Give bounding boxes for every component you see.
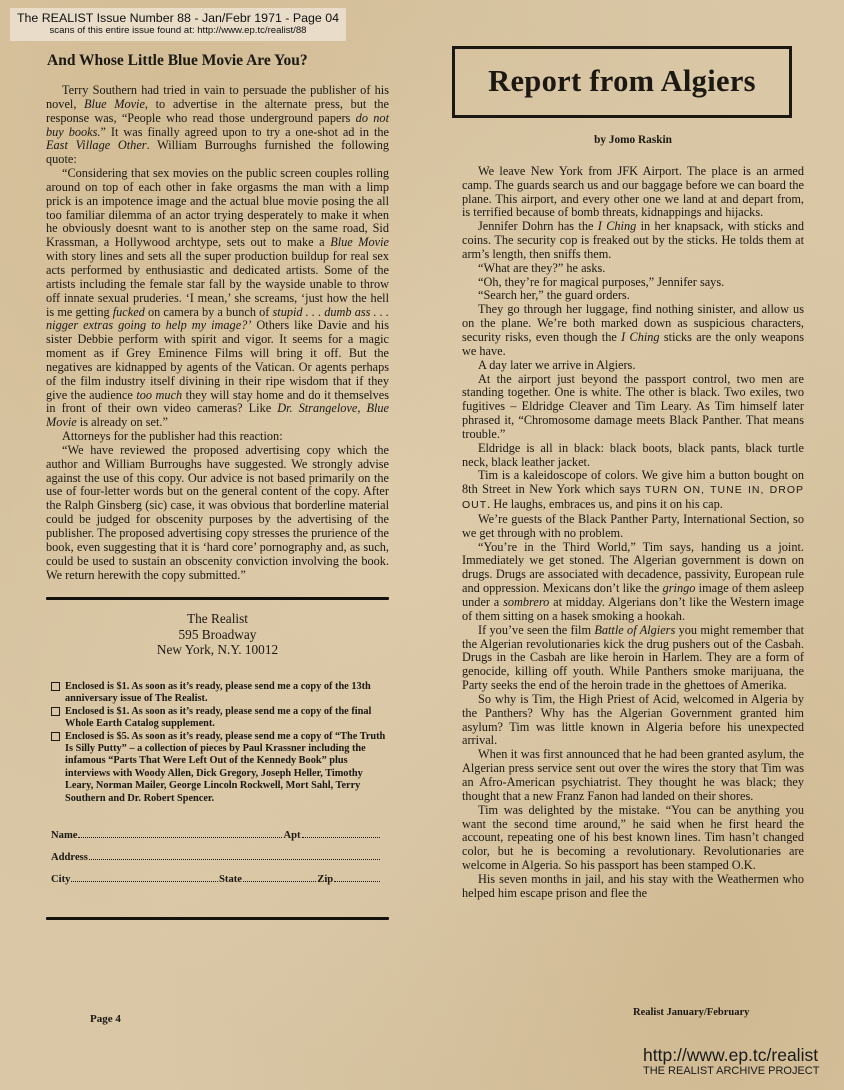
archive-name: THE REALIST ARCHIVE PROJECT — [643, 1065, 819, 1078]
right-paragraph: “Oh, they’re for magical purposes,” Jenn… — [462, 276, 804, 290]
left-paragraph: Terry Southern had tried in vain to pers… — [46, 84, 389, 167]
page-number: Page 4 — [90, 1013, 121, 1025]
order-option: Enclosed is $1. As soon as it’s ready, p… — [51, 706, 389, 731]
left-paragraph: “We have reviewed the proposed advertisi… — [46, 444, 389, 582]
right-paragraph: “Search her,” the guard orders. — [462, 289, 804, 303]
order-option: Enclosed is $1. As soon as it’s ready, p… — [51, 681, 389, 706]
right-paragraph: They go through her luggage, find nothin… — [462, 303, 804, 358]
order-options: Enclosed is $1. As soon as it’s ready, p… — [51, 681, 389, 805]
city-row: City State Zip — [51, 873, 381, 895]
name-label: Name — [51, 829, 77, 843]
apt-label: Apt — [283, 829, 300, 843]
right-paragraph: His seven months in jail, and his stay w… — [462, 873, 804, 901]
right-article-body: We leave New York from JFK Airport. The … — [462, 165, 804, 901]
mailing-address: The Realist 595 Broadway New York, N.Y. … — [46, 611, 389, 657]
order-checkbox[interactable] — [51, 732, 60, 741]
archive-watermark: http://www.ep.tc/realist THE REALIST ARC… — [643, 1045, 819, 1078]
issue-footer: Realist January/February — [633, 1007, 749, 1018]
name-field[interactable] — [78, 836, 282, 838]
section-divider — [46, 597, 389, 600]
right-paragraph: Tim was delighted by the mistake. “You c… — [462, 804, 804, 873]
byline: by Jomo Raskin — [462, 134, 804, 148]
right-paragraph: We’re guests of the Black Panther Party,… — [462, 513, 804, 541]
right-paragraph: If you’ve seen the film Battle of Algier… — [462, 624, 804, 693]
right-paragraph: We leave New York from JFK Airport. The … — [462, 165, 804, 220]
address-field[interactable] — [89, 858, 380, 860]
left-paragraph: “Considering that sex movies on the publ… — [46, 167, 389, 430]
zip-label: Zip — [317, 873, 333, 887]
headline-box: Report from Algiers — [452, 46, 792, 118]
right-paragraph: Jennifer Dohrn has the I Ching in her kn… — [462, 220, 804, 262]
banner-title: The REALIST Issue Number 88 - Jan/Febr 1… — [10, 8, 346, 25]
address-line: New York, N.Y. 10012 — [46, 642, 389, 657]
archive-banner: The REALIST Issue Number 88 - Jan/Febr 1… — [10, 8, 346, 41]
section-divider — [46, 917, 389, 920]
right-paragraph: So why is Tim, the High Priest of Acid, … — [462, 693, 804, 748]
apt-field[interactable] — [302, 836, 380, 838]
right-paragraph: At the airport just beyond the passport … — [462, 373, 804, 442]
right-paragraph: A day later we arrive in Algiers. — [462, 359, 804, 373]
order-checkbox[interactable] — [51, 682, 60, 691]
banner-source-link[interactable]: scans of this entire issue found at: htt… — [10, 25, 346, 37]
left-column: And Whose Little Blue Movie Are You? Ter… — [46, 38, 389, 920]
address-line: The Realist — [46, 611, 389, 626]
address-row: Address — [51, 851, 381, 873]
address-line: 595 Broadway — [46, 627, 389, 642]
button-slogan: TURN ON, TUNE IN, DROP OUT — [462, 484, 804, 511]
right-paragraph: “You’re in the Third World,” Tim says, h… — [462, 541, 804, 624]
city-label: City — [51, 873, 70, 887]
archive-url[interactable]: http://www.ep.tc/realist — [643, 1045, 819, 1065]
order-checkbox[interactable] — [51, 707, 60, 716]
order-option-text: Enclosed is $1. As soon as it’s ready, p… — [65, 681, 371, 704]
zip-field[interactable] — [334, 880, 380, 882]
order-option-text: Enclosed is $5. As soon as it’s ready, p… — [65, 731, 385, 804]
right-paragraph: “What are they?” he asks. — [462, 262, 804, 276]
city-field[interactable] — [71, 880, 218, 882]
order-option-text: Enclosed is $1. As soon as it’s ready, p… — [65, 706, 371, 729]
state-field[interactable] — [243, 880, 316, 882]
right-paragraph: Eldridge is all in black: black boots, b… — [462, 442, 804, 470]
right-paragraph: When it was first announced that he had … — [462, 748, 804, 803]
right-column: Report from Algiers by Jomo Raskin We le… — [462, 46, 804, 901]
name-row: Name Apt — [51, 829, 381, 851]
order-form-fields: Name Apt Address City State Zip — [51, 829, 381, 895]
right-paragraph: Tim is a kaleidoscope of colors. We give… — [462, 469, 804, 513]
left-paragraph: Attorneys for the publisher had this rea… — [46, 430, 389, 444]
right-article-title: Report from Algiers — [488, 75, 756, 89]
state-label: State — [219, 873, 242, 887]
address-label: Address — [51, 851, 88, 865]
order-option: Enclosed is $5. As soon as it’s ready, p… — [51, 731, 389, 805]
left-article-title: And Whose Little Blue Movie Are You? — [47, 52, 389, 70]
